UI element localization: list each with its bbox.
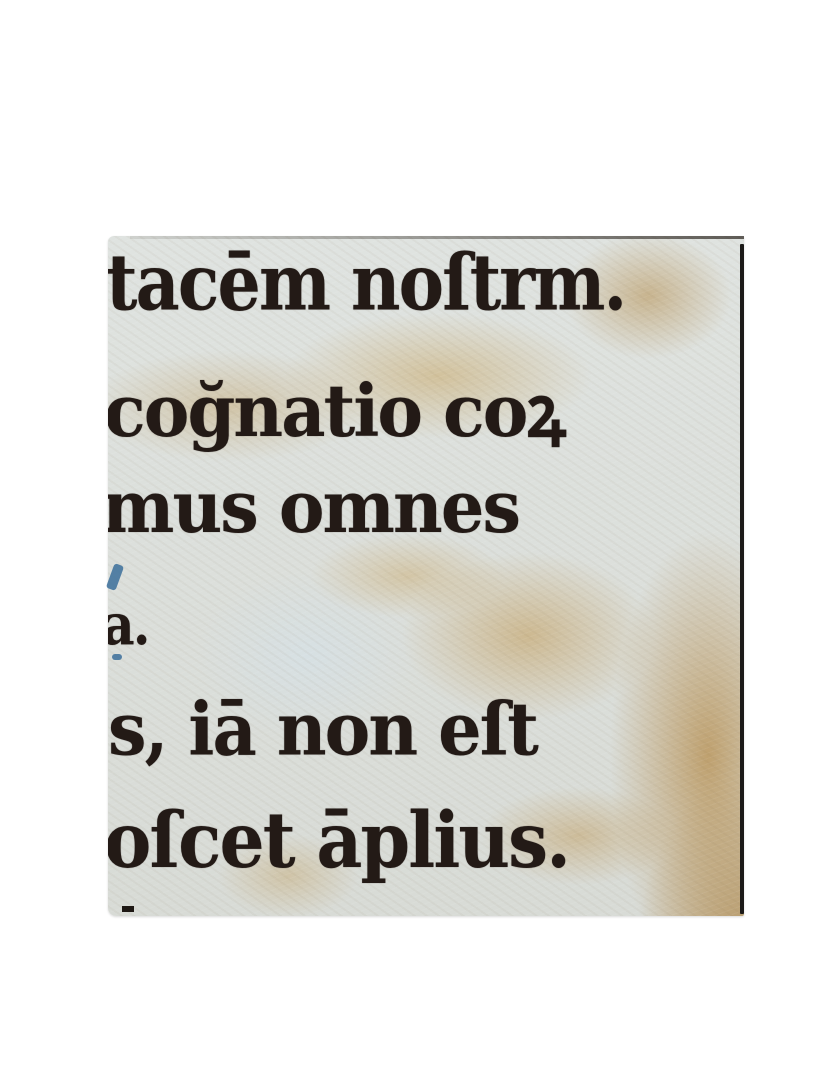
manuscript-line: a. <box>108 592 149 658</box>
ink-mark <box>122 906 134 912</box>
manuscript-text: tacēm noſtrm. coğnatio coꝝ mus omnes a. … <box>108 236 744 916</box>
manuscript-line: oſcet āplius. <box>108 796 569 885</box>
manuscript-line: coğnatio coꝝ <box>108 360 564 458</box>
blue-initial-fragment <box>112 654 122 660</box>
manuscript-line: s, iā non eſt <box>108 685 537 772</box>
manuscript-line: mus omnes <box>108 464 519 549</box>
manuscript-line: tacēm noſtrm. <box>108 238 625 328</box>
